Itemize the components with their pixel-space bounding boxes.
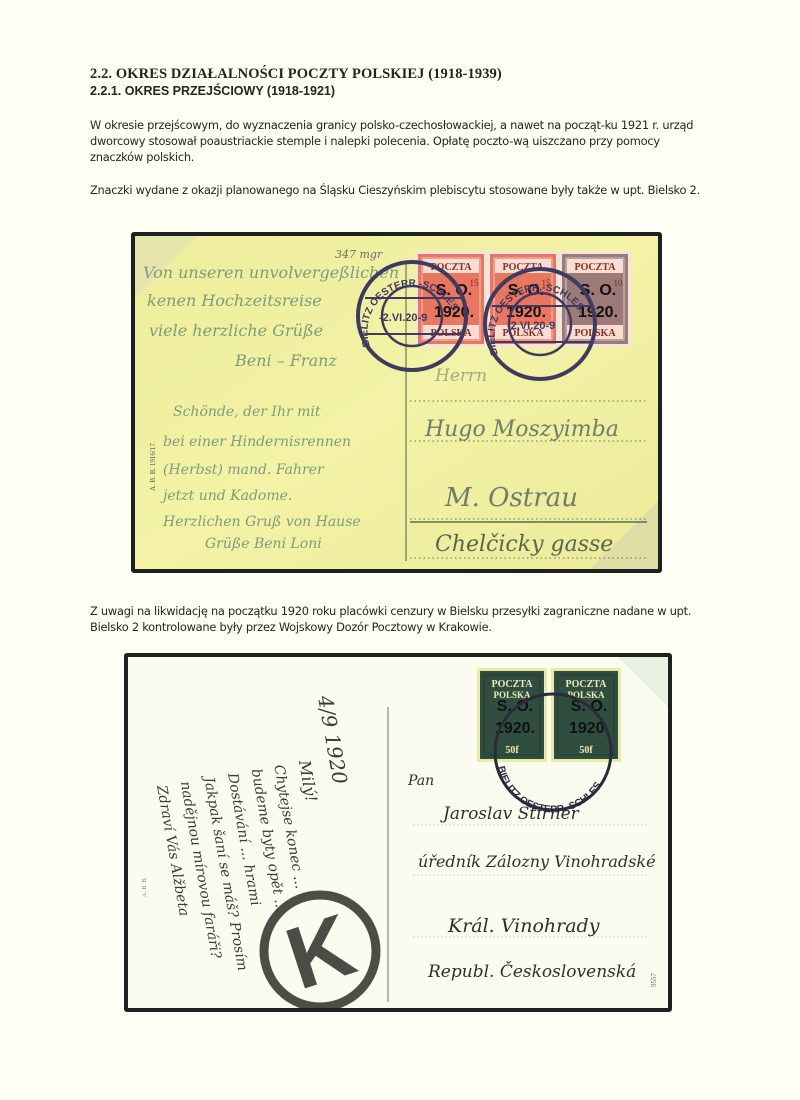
svg-text:Republ. Československá: Republ. Československá <box>427 961 636 982</box>
svg-text:Grüße Beni Loni: Grüße Beni Loni <box>205 536 322 552</box>
postcard-1-artwork: A. B. B. 1916/17. 347 mgr Von unseren un… <box>135 236 658 569</box>
svg-text:Herzlichen Gruß von Hause: Herzlichen Gruß von Hause <box>162 514 361 530</box>
svg-text:POCZTA: POCZTA <box>492 679 534 690</box>
svg-text:jetzt und Kadome.: jetzt und Kadome. <box>160 488 292 504</box>
paragraph-censorship: Z uwagi na likwidację na początku 1920 r… <box>90 603 710 635</box>
stamp-icon: POCZTAPOLSKA50fS. O.1920. <box>477 668 547 762</box>
svg-text:Pan: Pan <box>407 773 434 789</box>
section-heading: 2.2. OKRES DZIAŁALNOŚCI POCZTY POLSKIEJ … <box>90 66 502 83</box>
paragraph-plebiscite-stamps: Znaczki wydane z okazji planowanego na Ś… <box>90 182 710 198</box>
publisher-mark: A. B. B. 1916/17. <box>149 441 157 491</box>
svg-text:POCZTA: POCZTA <box>566 679 608 690</box>
svg-text:(Herbst) mand. Fahrer: (Herbst) mand. Fahrer <box>163 462 325 478</box>
svg-text:úředník Zálozny Vinohradské: úředník Zálozny Vinohradské <box>418 852 656 871</box>
svg-text:M. Ostrau: M. Ostrau <box>444 483 578 513</box>
svg-text:kenen Hochzeitsreise: kenen Hochzeitsreise <box>147 291 322 310</box>
svg-text:50f: 50f <box>505 745 519 756</box>
postcard-2-artwork: A. B. B. 9557 4/9 1920 Milý! Chytejse ko… <box>128 657 668 1008</box>
postcard-2: A. B. B. 9557 4/9 1920 Milý! Chytejse ko… <box>124 653 672 1012</box>
subsection-heading: 2.2.1. OKRES PRZEJŚCIOWY (1918-1921) <box>90 84 335 98</box>
svg-text:Schönde, der Ihr mit: Schönde, der Ihr mit <box>173 404 321 420</box>
svg-text:Hugo Moszyimba: Hugo Moszyimba <box>424 417 619 442</box>
postcard-1: A. B. B. 1916/17. 347 mgr Von unseren un… <box>131 232 662 573</box>
svg-text:Herrn: Herrn <box>434 366 487 386</box>
svg-text:viele herzliche Grüße: viele herzliche Grüße <box>149 321 323 340</box>
svg-text:Beni – Franz: Beni – Franz <box>234 351 337 370</box>
publisher-mark: A. B. B. <box>142 877 148 897</box>
card-number: 9557 <box>650 973 658 988</box>
svg-text:Král. Vinohrady: Král. Vinohrady <box>447 915 600 937</box>
pencil-note: 347 mgr <box>335 248 383 261</box>
svg-text:Chelčicky gasse: Chelčicky gasse <box>435 532 613 557</box>
paragraph-intro: W okresie przejścowym, do wyznaczenia gr… <box>90 117 710 165</box>
svg-text:-2.VI.20-9: -2.VI.20-9 <box>379 312 427 324</box>
svg-text:bei einer Hindernisrennen: bei einer Hindernisrennen <box>163 434 351 450</box>
svg-text:POCZTA: POCZTA <box>575 262 617 273</box>
svg-text:-2.VI.20-9: -2.VI.20-9 <box>507 320 555 332</box>
svg-text:Von unseren unvolvergeßlichen: Von unseren unvolvergeßlichen <box>143 263 399 282</box>
svg-text:50f: 50f <box>579 745 593 756</box>
